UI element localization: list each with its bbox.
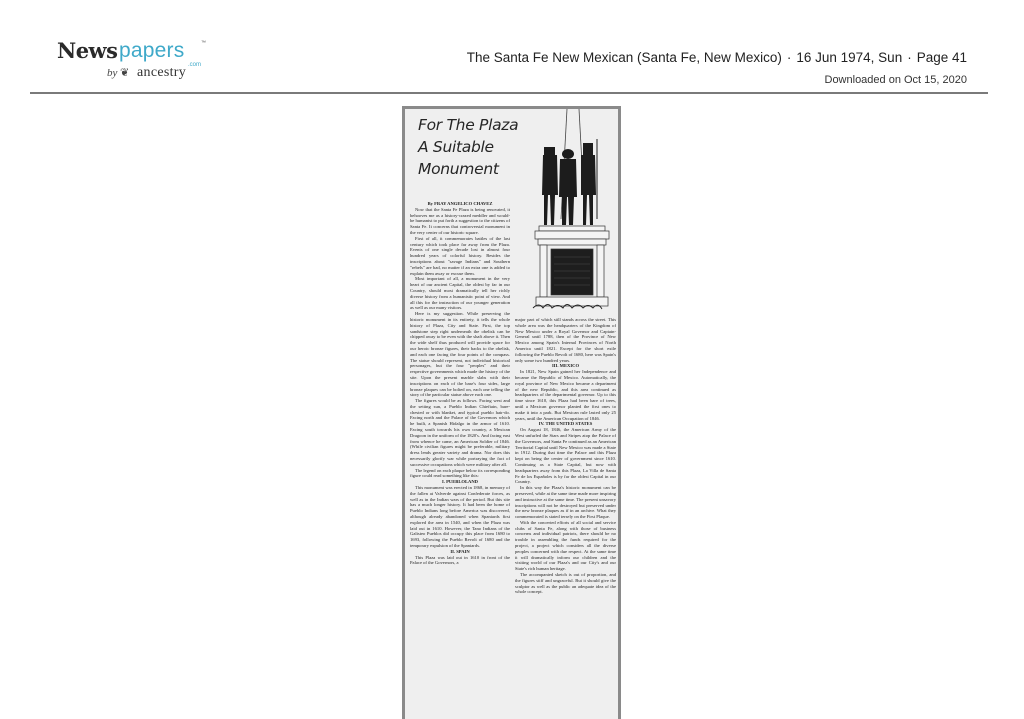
paragraph: Now that the Santa Fe Plaza is being ren… [410,207,510,236]
article-headline: For The Plaza A Suitable Monument [418,114,518,180]
article-column-right: major part of which still stands across … [515,317,616,719]
monument-sketch-illustration [529,109,617,314]
page-number: Page 41 [917,50,967,65]
paragraph: This monument was erected in 1868, in me… [410,485,510,549]
ancestry-leaf-icon: ❦ [120,66,129,79]
paragraph: The legend on each plaque below its corr… [410,468,510,480]
headline-line: Monument [418,158,518,180]
paragraph: Here is my suggestion. While preserving … [410,311,510,398]
logo-by-text: by [107,67,117,79]
publication-info: The Santa Fe New Mexican (Santa Fe, New … [467,50,967,65]
separator: · [902,50,917,65]
logo-ancestry-text: ancestry [137,65,186,81]
publication-date: 16 Jun 1974, Sun [796,50,902,65]
headline-line: For The Plaza [418,114,518,136]
paragraph: With the concerted efforts of all social… [515,520,616,572]
article-column-left: By FRAY ANGELICO CHAVEZ Now that the San… [410,201,510,719]
paragraph: The figures would be as follows. Facing … [410,398,510,468]
paragraph: In 1821, New Spain gained her Independen… [515,369,616,421]
header-divider [30,92,988,94]
paragraph: First of all, it commemorates battles of… [410,236,510,277]
headline-line: A Suitable [418,136,518,158]
newspapers-logo[interactable]: News papers ™ .com by ❦ ancestry [57,38,217,83]
paragraph: major part of which still stands across … [515,317,616,363]
paragraph: In this way the Plaza's historic monumen… [515,485,616,520]
download-date: Downloaded on Oct 15, 2020 [825,74,968,86]
logo-trademark: ™ [201,40,206,46]
paragraph: On August 18, 1846, the American Army of… [515,427,616,485]
separator: · [782,50,797,65]
publication-name: The Santa Fe New Mexican (Santa Fe, New … [467,50,782,65]
logo-papers-text: papers [119,39,184,63]
logo-news-text: News [57,38,117,63]
logo-com-text: .com [188,62,201,68]
paragraph: The accompanied sketch is out of proport… [515,572,616,595]
newspaper-clipping: For The Plaza A Suitable Monument By F [402,106,621,719]
paragraph: This Plaza was laid out in 1610 in front… [410,555,510,567]
paragraph: Most important of all, a monument in the… [410,276,510,311]
